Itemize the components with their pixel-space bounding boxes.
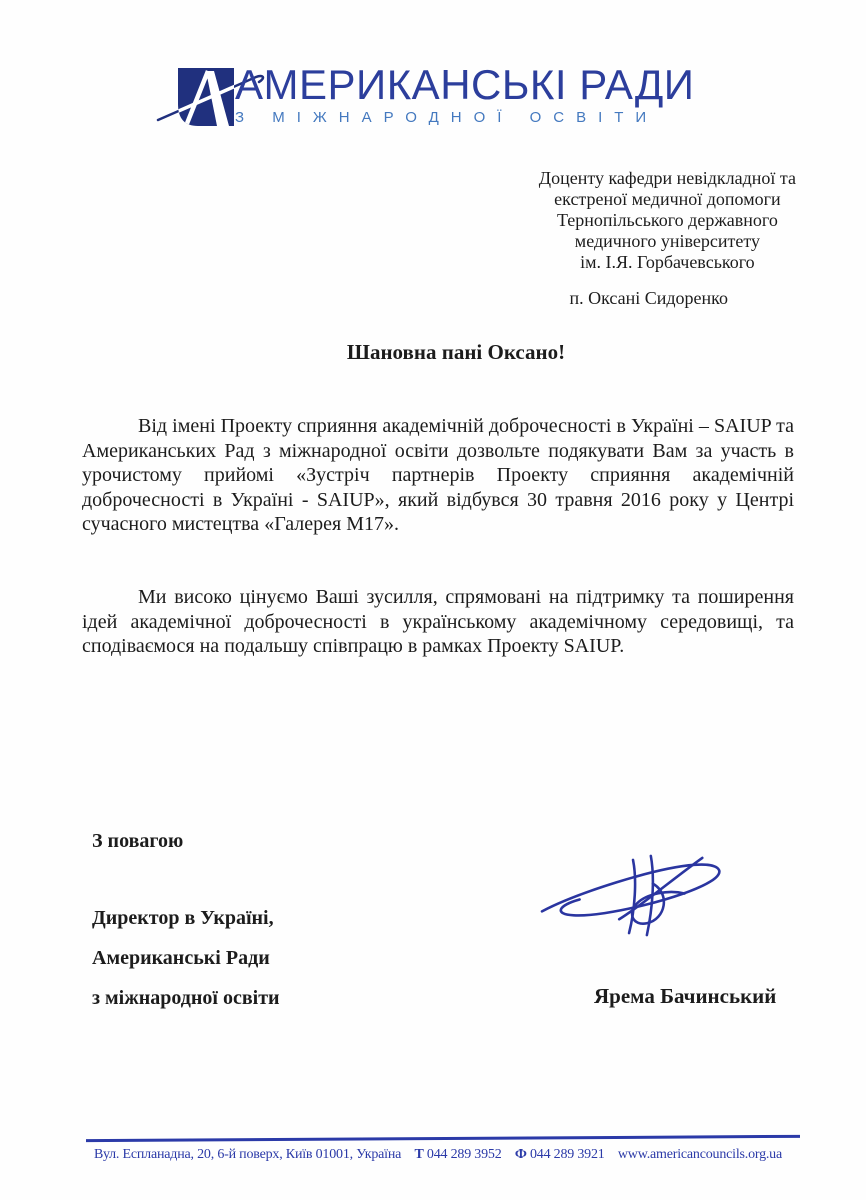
logo-title: АМЕРИКАНСЬКІ РАДИ xyxy=(235,62,694,108)
letter-page: АМЕРИКАНСЬКІ РАДИ З МІЖНАРОДНОЇ ОСВІТИ Д… xyxy=(0,0,866,1200)
recipient-line: Доценту кафедри невідкладної та xyxy=(539,168,796,189)
footer-contact-line: Вул. Еспланадна, 20, 6-й поверх, Київ 01… xyxy=(94,1147,782,1163)
recipient-line: ім. І.Я. Горбачевського xyxy=(539,252,796,273)
recipient-line: екстреної медичної допомоги xyxy=(539,189,796,210)
signer-title-line: Директор в Україні, xyxy=(92,898,280,938)
footer-phone: 044 289 3952 xyxy=(427,1147,502,1162)
handwritten-signature xyxy=(536,850,734,944)
body-paragraph-1: Від імені Проекту сприяння академічній д… xyxy=(82,414,794,537)
footer-fax: 044 289 3921 xyxy=(530,1147,605,1162)
addressee-line: п. Оксані Сидоренко xyxy=(569,288,728,309)
recipient-line: медичного університету xyxy=(539,231,796,252)
footer-phone-label: T xyxy=(414,1147,423,1162)
recipient-block: Доценту кафедри невідкладної та екстрено… xyxy=(539,168,796,273)
recipient-line: Тернопільського державного xyxy=(539,210,796,231)
footer-fax-label: Ф xyxy=(515,1147,527,1162)
signer-title-block: Директор в Україні, Американські Ради з … xyxy=(92,898,280,1018)
letterhead: АМЕРИКАНСЬКІ РАДИ З МІЖНАРОДНОЇ ОСВІТИ xyxy=(235,62,694,126)
logo-subtitle: З МІЖНАРОДНОЇ ОСВІТИ xyxy=(235,109,694,126)
footer-website: www.americancouncils.org.ua xyxy=(618,1147,782,1162)
footer-divider xyxy=(86,1135,800,1142)
signer-name: Ярема Бачинський xyxy=(594,984,776,1009)
closing-regards: З повагою xyxy=(92,830,183,853)
footer-address: Вул. Еспланадна, 20, 6-й поверх, Київ 01… xyxy=(94,1147,401,1162)
signer-title-line: Американські Ради xyxy=(92,938,280,978)
body-paragraph-2: Ми високо цінуємо Ваші зусилля, спрямова… xyxy=(82,585,794,659)
salutation: Шановна пані Оксано! xyxy=(0,340,866,365)
signer-title-line: з міжнародної освіти xyxy=(92,978,280,1018)
